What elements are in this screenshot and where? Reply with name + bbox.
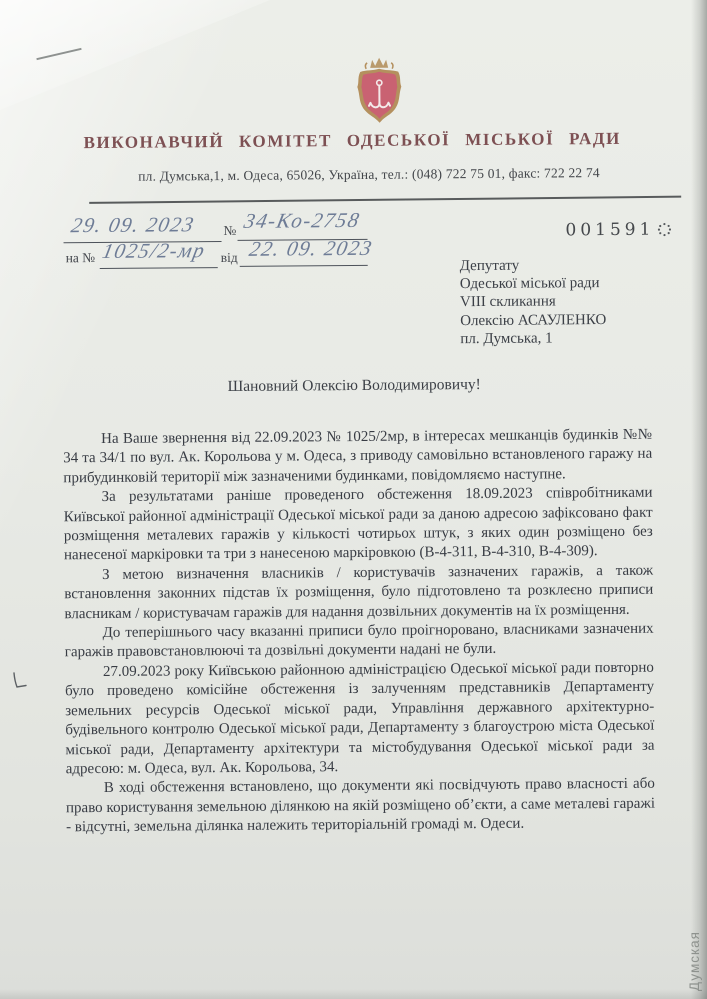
recipient-line: пл. Думська, 1 <box>460 329 606 348</box>
paragraph: В ході обстеження встановлено, що докуме… <box>66 775 655 838</box>
letterhead-divider <box>89 196 681 204</box>
photo-edge-shadow <box>691 0 707 999</box>
registration-stamp-number: 001591 <box>565 220 654 241</box>
incoming-date-label: від <box>221 250 238 266</box>
outgoing-date-handwritten: 29. 09. 2023 <box>69 212 197 238</box>
incoming-date-handwritten: 22. 09. 2023 <box>247 236 375 262</box>
recipient-line: Олексію АСАУЛЕНКО <box>460 311 606 330</box>
paragraph: За результатами раніше проведеного обсте… <box>63 484 653 566</box>
document-content: ВИКОНАВЧИЙ КОМІТЕТ ОДЕСЬКОЇ МІСЬКОЇ РАДИ… <box>0 0 707 999</box>
paragraph: До теперішнього часу вказанні приписи бу… <box>65 620 654 663</box>
scanned-letter-page: ВИКОНАВЧИЙ КОМІТЕТ ОДЕСЬКОЇ МІСЬКОЇ РАДИ… <box>0 0 707 999</box>
recipient-block: Депутату Одеської міської ради VIII скли… <box>460 256 607 348</box>
incoming-prefix-label: на № <box>66 250 96 266</box>
outgoing-number-handwritten: 34-Ко-2758 <box>242 208 363 234</box>
salutation: Шановний Олексію Володимировичу! <box>1 374 707 398</box>
site-watermark: Думская <box>687 931 702 991</box>
form-underline <box>100 267 218 269</box>
odesa-coat-of-arms-icon <box>348 56 411 126</box>
paragraph: З метою визначення власників / користува… <box>64 561 653 624</box>
dotted-star-icon <box>656 221 672 237</box>
organization-address: пл. Думська,1, м. Одеса, 65026, Україна,… <box>29 164 707 185</box>
photo-edge-shadow <box>0 989 707 999</box>
organization-name: ВИКОНАВЧИЙ КОМІТЕТ ОДЕСЬКОЇ МІСЬКОЇ РАДИ <box>0 128 706 154</box>
paragraph: 27.09.2023 року Київською районною адмін… <box>65 659 655 780</box>
incoming-number-handwritten: 1025/2-мр <box>100 238 208 264</box>
form-underline <box>240 265 368 267</box>
pen-checkmark-mark <box>10 670 30 694</box>
letter-body: На Ваше звернення від 22.09.2023 № 1025/… <box>63 426 655 838</box>
recipient-line: Одеської міської ради <box>460 274 606 293</box>
paragraph: На Ваше звернення від 22.09.2023 № 1025/… <box>63 426 652 489</box>
number-sign-label: № <box>223 223 236 239</box>
recipient-line: Депутату <box>460 256 606 275</box>
recipient-line: VIII скликання <box>460 292 606 311</box>
